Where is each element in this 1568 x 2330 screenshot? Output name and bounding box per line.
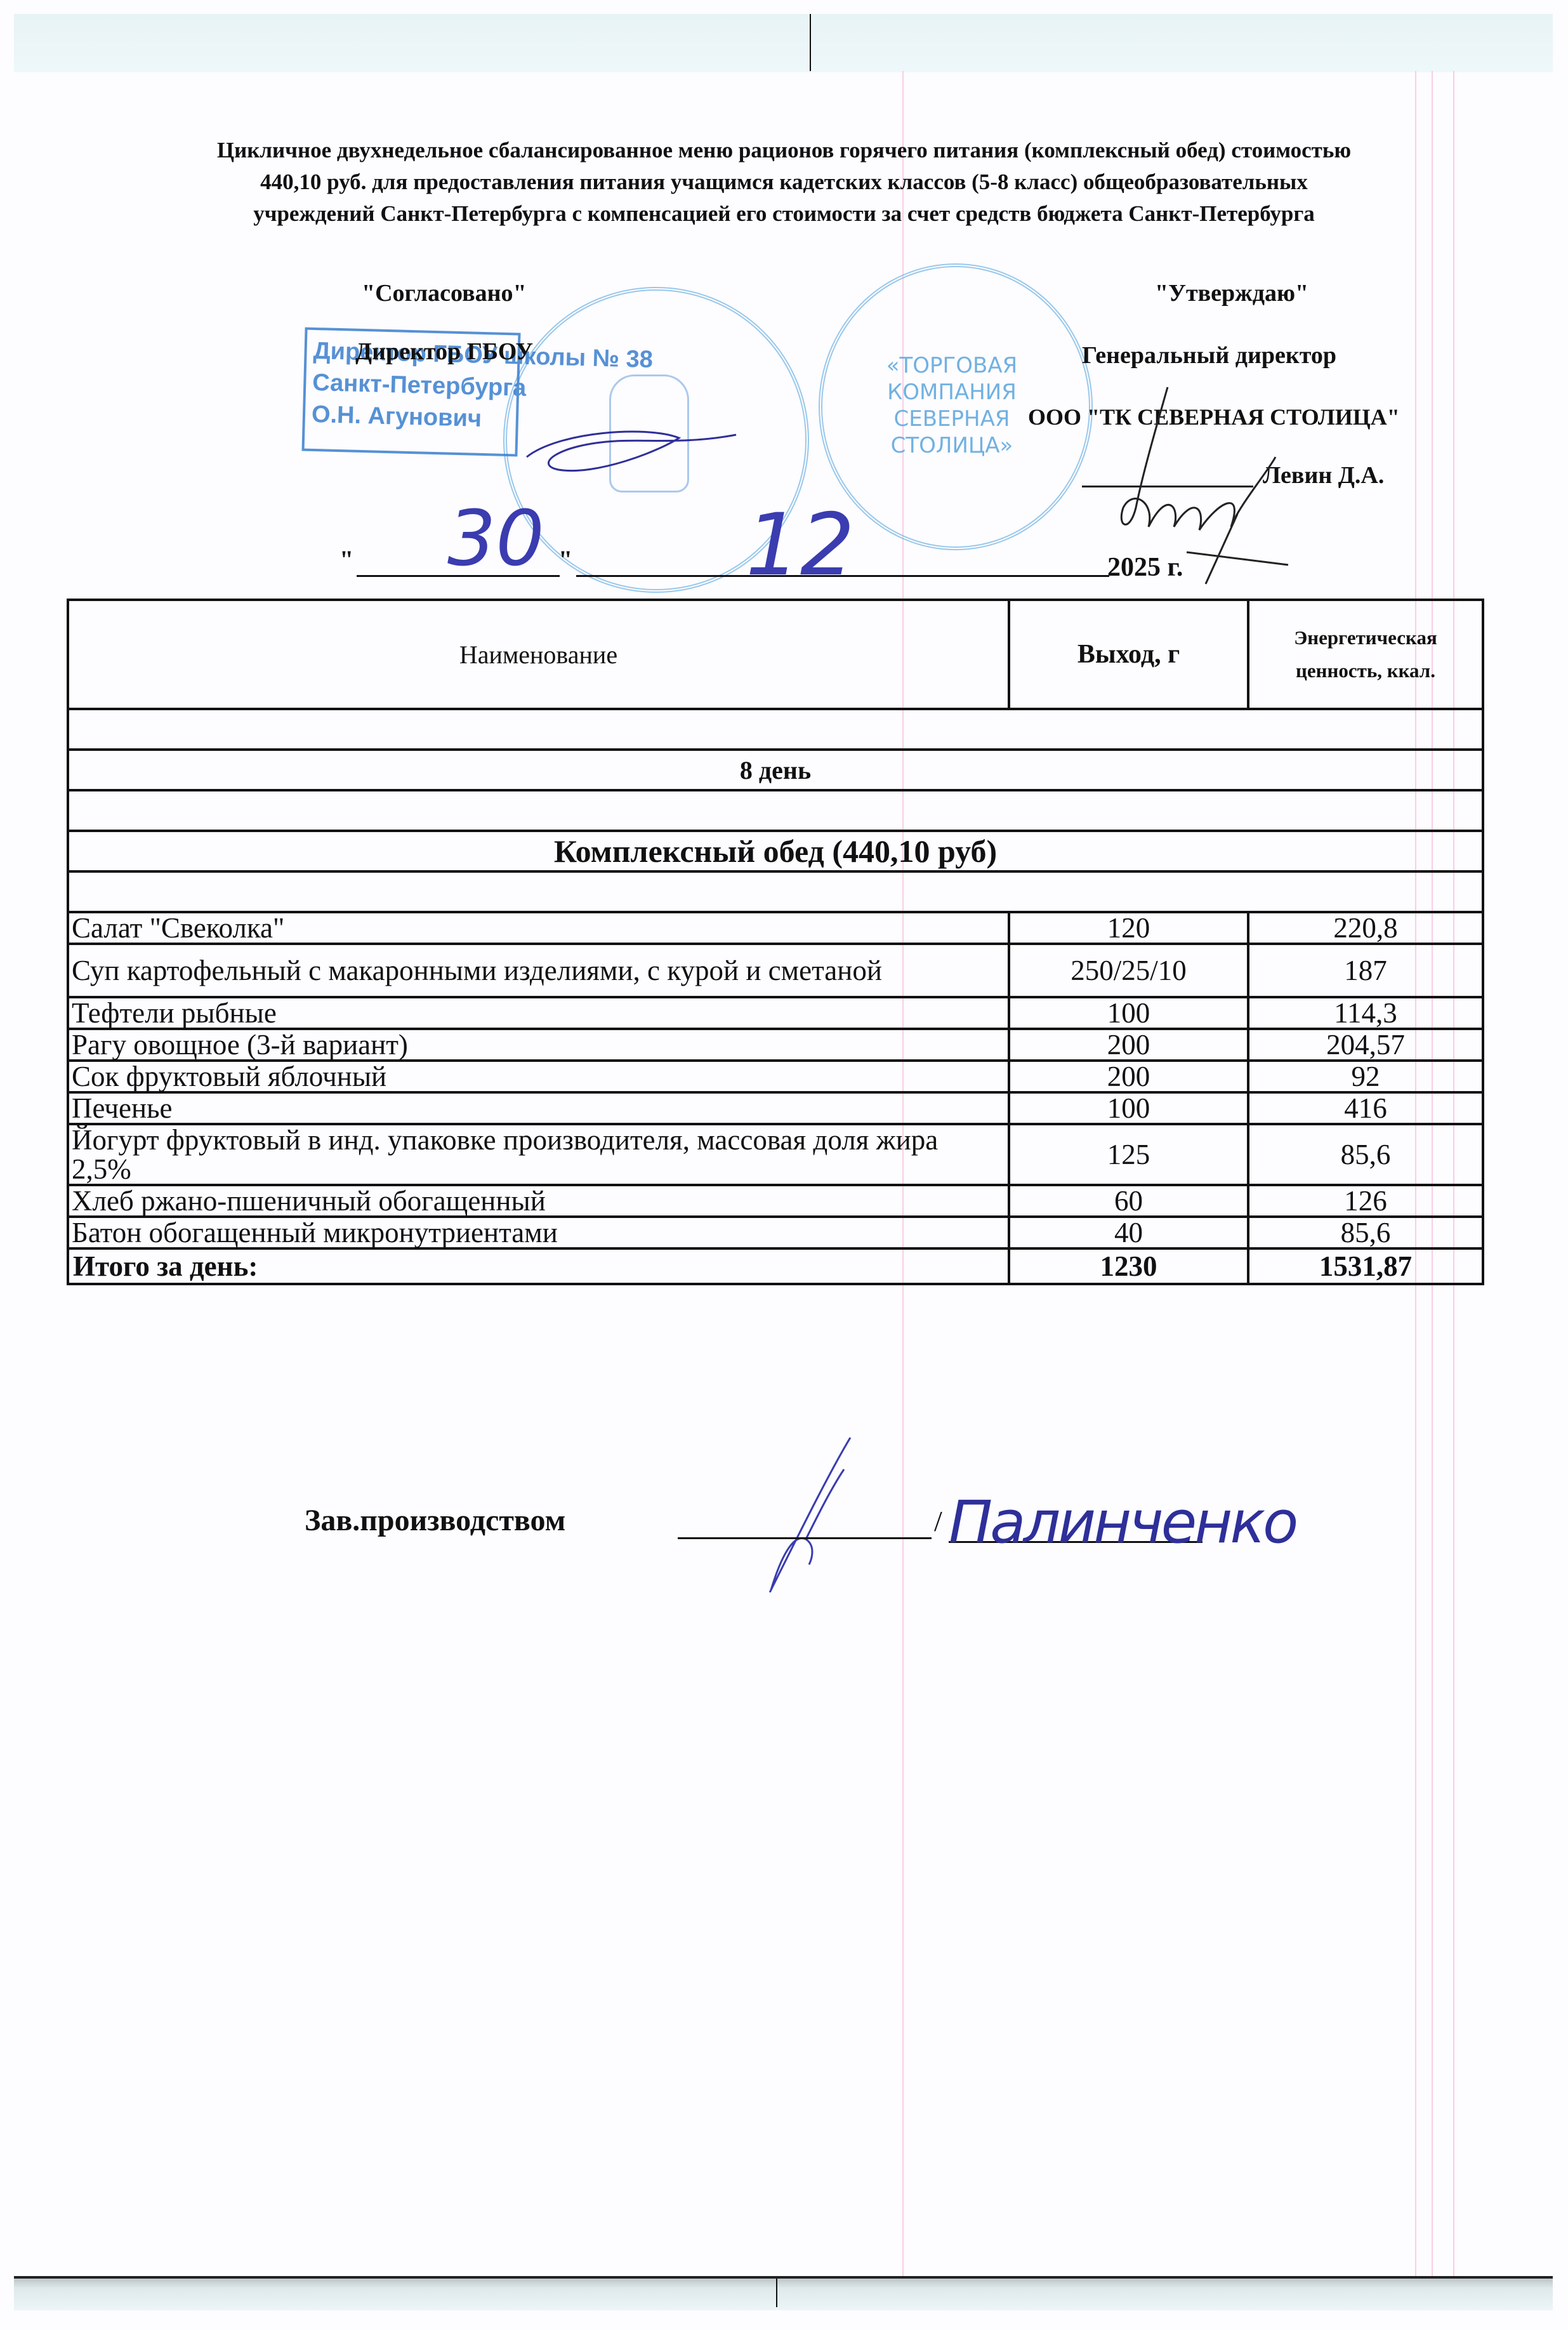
dish-yield: 100 [1009, 1092, 1248, 1124]
dish-name: Тефтели рыбные [68, 997, 1009, 1029]
header-name: Наименование [68, 600, 1009, 709]
table-row: Батон обогащенный микронутриентами4085,6 [68, 1217, 1483, 1248]
day-row: 8 день [68, 750, 1483, 790]
table-row: Сок фруктовый яблочный20092 [68, 1061, 1483, 1092]
dish-name: Йогурт фруктовый в инд. упаковке произво… [68, 1124, 1009, 1185]
dish-yield: 120 [1009, 912, 1248, 944]
stamp-line: КОМПАНИЯ [866, 379, 1038, 406]
spacer-row [68, 709, 1483, 750]
table-row: Хлеб ржано-пшеничный обогащенный60126 [68, 1185, 1483, 1217]
stamp-line: О.Н. Агунович [311, 399, 510, 435]
menu-table: Наименование Выход, г Энергетическая цен… [67, 599, 1484, 1285]
general-director-position: Генеральный директор [1082, 341, 1336, 369]
production-manager-name-handwritten: Палинченко [949, 1488, 1296, 1556]
dish-energy: 204,57 [1248, 1029, 1483, 1061]
spacer-row [68, 790, 1483, 831]
scan-edge-top [14, 14, 1553, 72]
approved-label: "Утверждаю" [1155, 279, 1308, 307]
meal-label: Комплексный обед (440,10 руб) [68, 831, 1483, 871]
fold-mark [776, 2279, 777, 2307]
spacer-row [68, 871, 1483, 912]
title-line: Цикличное двухнедельное сбалансированное… [63, 135, 1505, 166]
company-stamp-text: «ТОРГОВАЯ КОМПАНИЯ СЕВЕРНАЯ СТОЛИЦА» [866, 352, 1038, 459]
dish-energy: 187 [1248, 944, 1483, 997]
dish-energy: 114,3 [1248, 997, 1483, 1029]
school-director-position: Директор ГБОУ [355, 338, 533, 366]
dish-energy: 416 [1248, 1092, 1483, 1124]
dish-yield: 60 [1009, 1185, 1248, 1217]
production-manager-label: Зав.производством [305, 1503, 565, 1538]
header-energy: Энергетическая ценность, ккал. [1248, 600, 1483, 709]
total-yield: 1230 [1009, 1248, 1248, 1284]
table-header-row: Наименование Выход, г Энергетическая цен… [68, 600, 1483, 709]
dish-energy: 85,6 [1248, 1124, 1483, 1185]
header-yield: Выход, г [1009, 600, 1248, 709]
dish-name: Печенье [68, 1092, 1009, 1124]
date-quote-close: " [558, 545, 572, 574]
dish-name: Батон обогащенный микронутриентами [68, 1217, 1009, 1248]
total-row: Итого за день: 1230 1531,87 [68, 1248, 1483, 1284]
dish-energy: 85,6 [1248, 1217, 1483, 1248]
dish-energy: 220,8 [1248, 912, 1483, 944]
dish-energy: 92 [1248, 1061, 1483, 1092]
scan-edge-bottom [14, 2276, 1553, 2310]
dish-energy: 126 [1248, 1185, 1483, 1217]
dish-name: Сок фруктовый яблочный [68, 1061, 1009, 1092]
signature-separator: / [934, 1504, 942, 1538]
date-day-handwritten: 30 [447, 495, 544, 583]
stamp-line: СТОЛИЦА» [866, 432, 1038, 459]
dish-name: Хлеб ржано-пшеничный обогащенный [68, 1185, 1009, 1217]
date-year: 2025 г. [1107, 552, 1183, 583]
stamp-line: Санкт-Петербурга [312, 367, 511, 404]
title-line: 440,10 руб. для предоставления питания у… [63, 166, 1505, 198]
date-month-handwritten: 12 [746, 495, 855, 595]
dish-name: Рагу овощное (3-й вариант) [68, 1029, 1009, 1061]
table-row: Тефтели рыбные100114,3 [68, 997, 1483, 1029]
dish-yield: 250/25/10 [1009, 944, 1248, 997]
dish-name: Суп картофельный с макаронными изделиями… [68, 944, 1009, 997]
total-label: Итого за день: [68, 1248, 1009, 1284]
table-row: Рагу овощное (3-й вариант)200204,57 [68, 1029, 1483, 1061]
dish-yield: 125 [1009, 1124, 1248, 1185]
date-quote-open: " [339, 545, 353, 574]
signature-line [678, 1537, 932, 1539]
day-label: 8 день [68, 750, 1483, 790]
table-row: Йогурт фруктовый в инд. упаковке произво… [68, 1124, 1483, 1185]
table-row: Салат "Свеколка"120220,8 [68, 912, 1483, 944]
fold-mark [810, 14, 811, 71]
dish-yield: 100 [1009, 997, 1248, 1029]
stamp-line: «ТОРГОВАЯ [866, 352, 1038, 379]
dish-yield: 200 [1009, 1061, 1248, 1092]
document-title: Цикличное двухнедельное сбалансированное… [63, 135, 1505, 230]
dish-yield: 40 [1009, 1217, 1248, 1248]
total-energy: 1531,87 [1248, 1248, 1483, 1284]
stamp-line: СЕВЕРНАЯ [866, 406, 1038, 432]
dish-yield: 200 [1009, 1029, 1248, 1061]
table-row: Суп картофельный с макаронными изделиями… [68, 944, 1483, 997]
dish-name: Салат "Свеколка" [68, 912, 1009, 944]
meal-row: Комплексный обед (440,10 руб) [68, 831, 1483, 871]
table-row: Печенье100416 [68, 1092, 1483, 1124]
title-line: учреждений Санкт-Петербурга с компенсаци… [63, 198, 1505, 230]
agreed-label: "Согласовано" [362, 279, 527, 307]
